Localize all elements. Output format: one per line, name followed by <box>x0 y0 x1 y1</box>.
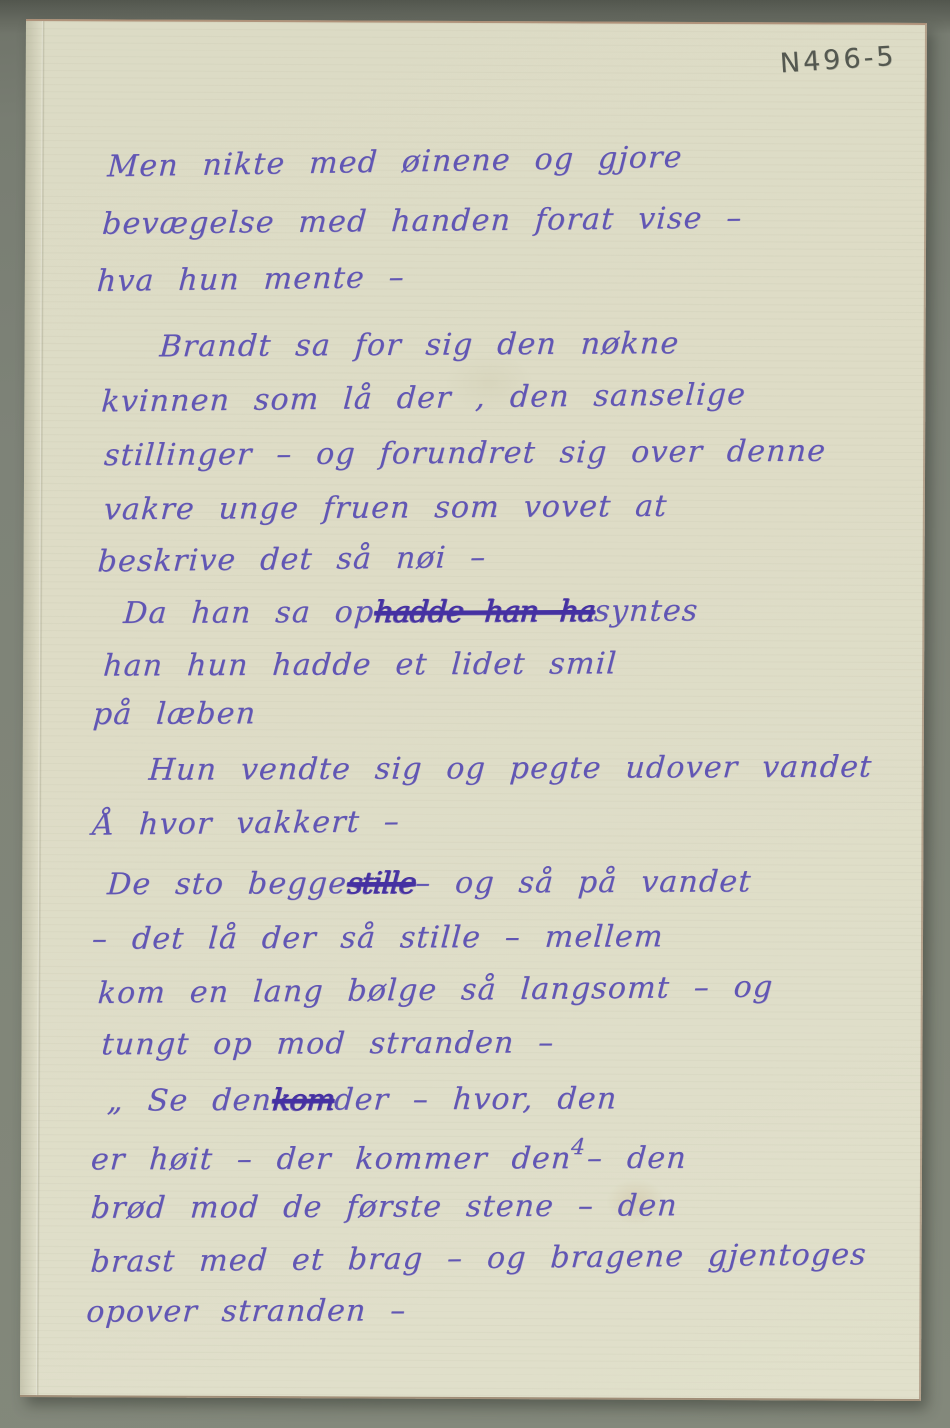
handwriting-text: brast med et brag – og bragene gjentoges <box>90 1237 868 1279</box>
handwritten-line: De sto begge stille – og så på vandet <box>107 864 751 902</box>
handwriting-text: Brandt sa for sig den nøkne <box>158 326 680 364</box>
handwritten-line: kvinnen som lå der , den sanselige <box>101 377 746 419</box>
handwritten-line: er høit – der kommer den4 – den <box>91 1135 687 1178</box>
handwriting-text: kvinnen som lå der , den sanselige <box>100 377 747 419</box>
handwriting-text: på læben <box>92 696 258 732</box>
handwriting-text: De sto begge <box>106 866 348 902</box>
handwriting-text: hva hun mente – <box>96 260 406 299</box>
handwritten-line: beskrive det så nøi – <box>97 540 486 579</box>
handwriting-text: – den <box>586 1141 688 1176</box>
handwritten-line: brød mod de første stene – den <box>91 1188 678 1226</box>
handwritten-line: han hun hadde et lidet smil <box>103 646 617 683</box>
struck-through-text: stille <box>346 866 416 901</box>
handwritten-line: vakre unge fruen som vovet at <box>104 489 668 527</box>
handwritten-line: Brandt sa for sig den nøkne <box>159 326 679 364</box>
handwriting-text: kom en lang bølge så langsomt – og <box>97 970 775 1012</box>
handwriting-text: beskrive det så nøi – <box>97 540 488 579</box>
handwriting-text: – og så på vandet <box>414 864 753 900</box>
handwritten-line: Å hvor vakkert – <box>92 804 400 842</box>
handwriting-text: syntes <box>593 593 699 628</box>
handwriting-text: der – hvor, den <box>333 1081 618 1117</box>
handwriting-text: brød mod de første stene – den <box>90 1188 679 1226</box>
handwriting-text: – det lå der så stille – mellem <box>91 919 665 957</box>
handwritten-line: „ Se den kom der – hvor, den <box>107 1081 617 1118</box>
struck-through-text: hadde han ha <box>373 594 595 630</box>
handwritten-line: opover stranden – <box>86 1293 406 1329</box>
handwriting-text: er høit – der kommer den <box>90 1141 573 1177</box>
handwritten-line: tungt op mod stranden – <box>101 1025 554 1062</box>
handwritten-line: hva hun mente – <box>97 260 405 299</box>
archive-number-label: N496-5 <box>779 41 897 80</box>
handwriting-text: stillinger – og forundret sig over denne <box>103 434 827 473</box>
scanned-document-backdrop: N496-5 Men nikte med øinene og gjore bev… <box>0 0 950 1428</box>
handwriting-text: bevægelse med handen forat vise – <box>101 201 744 242</box>
superscript-insertion-mark: 4 <box>571 1135 588 1160</box>
handwriting-text: han hun hadde et lidet smil <box>102 646 618 683</box>
handwriting-text: Men nikte med øinene og gjore <box>106 140 683 185</box>
handwritten-line: bevægelse med handen forat vise – <box>102 201 743 242</box>
handwriting-text: tungt op mod stranden – <box>100 1025 555 1062</box>
handwritten-line: – det lå der så stille – mellem <box>92 919 664 956</box>
handwriting-text: opover stranden – <box>85 1293 407 1329</box>
handwriting-text: Hun vendte sig og pegte udover vandet <box>148 750 874 788</box>
handwritten-line: Men nikte med øinene og gjore <box>107 140 683 185</box>
handwriting-text: Å hvor vakkert – <box>91 804 401 843</box>
handwriting-text: vakre unge fruen som vovet at <box>103 489 669 527</box>
handwritten-line: kom en lang bølge så langsomt – og <box>98 970 774 1011</box>
handwritten-line: på læben <box>93 696 256 732</box>
handwritten-line: brast med et brag – og bragene gjentoges <box>90 1237 867 1279</box>
struck-through-text: kom <box>271 1083 335 1118</box>
handwritten-line: stillinger – og forundret sig over denne <box>104 434 826 473</box>
handwriting-text: Da han sa op <box>122 595 375 631</box>
handwriting-text: „ Se den <box>106 1083 273 1119</box>
handwritten-line: Hun vendte sig og pegte udover vandet <box>149 750 873 788</box>
handwritten-line: Da han sa op hadde han ha syntes <box>123 593 698 631</box>
manuscript-page: N496-5 Men nikte med øinene og gjore bev… <box>20 19 927 1401</box>
